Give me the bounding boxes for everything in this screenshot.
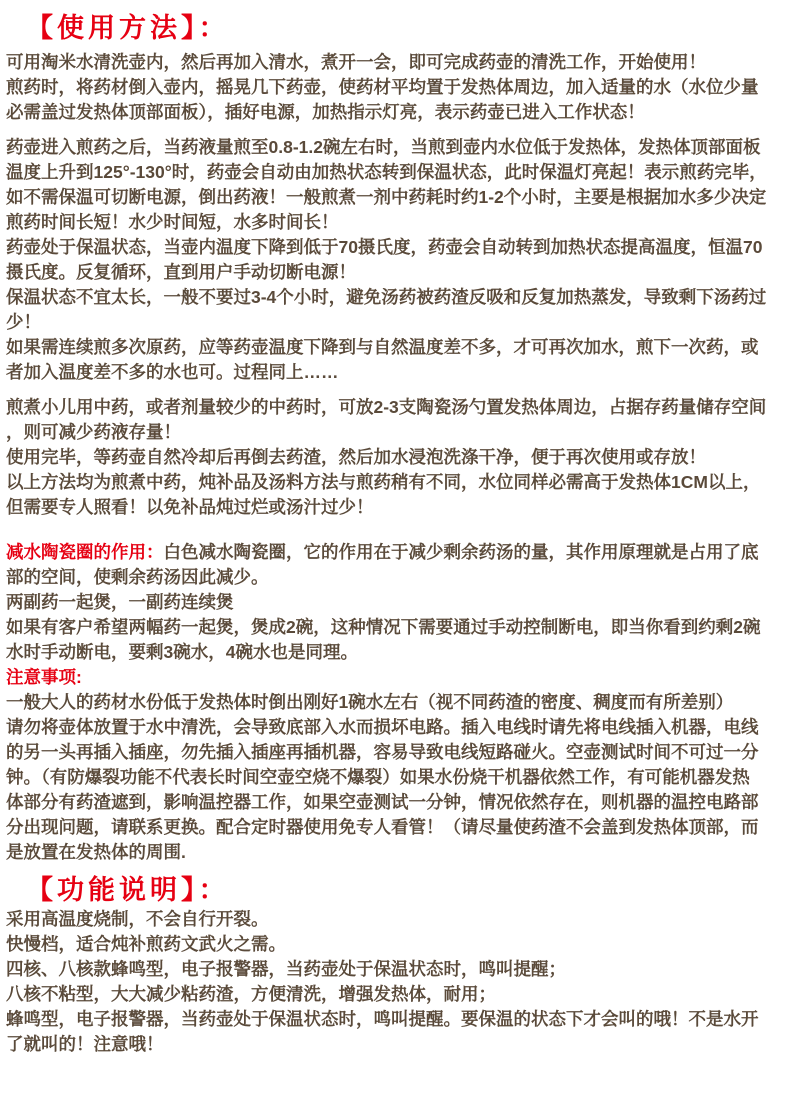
functions-section-heading: 【功能说明】： [26, 874, 784, 907]
usage-paragraph-small-dose: 煎煮小儿用中药，或者剂量较少的中药时，可放2-3支陶瓷汤勺置发热体周边，占据存药… [6, 395, 784, 520]
product-instruction-document: 【使用方法】： 可用淘米水清洗壶内，然后再加入清水，煮开一会，即可完成药壶的清洗… [0, 0, 790, 1107]
notes-section: 注意事项: 一般大人的药材水份低于发热体时倒出刚好1碗水左右（视不同药渣的密度、… [6, 665, 784, 865]
usage-paragraph-cleaning: 可用淘米水清洗壶内，然后再加入清水，煮开一会，即可完成药壶的清洗工作，开始使用！… [6, 50, 784, 125]
ceramic-ring-paragraph: 减水陶瓷圈的作用：白色减水陶瓷圈，它的作用在于减少剩余药汤的量，其作用原理就是占… [6, 540, 784, 665]
notes-body: 一般大人的药材水份低于发热体时倒出刚好1碗水左右（视不同药渣的密度、稠度而有所差… [6, 690, 784, 865]
functions-body: 采用高温度烧制，不会自行开裂。 快慢档，适合炖补煎药文武火之需。 四核、八核款蜂… [6, 907, 784, 1057]
ceramic-ring-label: 减水陶瓷圈的作用： [6, 542, 164, 562]
notes-heading: 注意事项: [6, 665, 784, 690]
usage-section-heading: 【使用方法】： [26, 12, 784, 45]
usage-paragraph-decoction: 药壶进入煎药之后，当药液量煎至0.8-1.2碗左右时，当煎到壶内水位低于发热体，… [6, 135, 784, 385]
